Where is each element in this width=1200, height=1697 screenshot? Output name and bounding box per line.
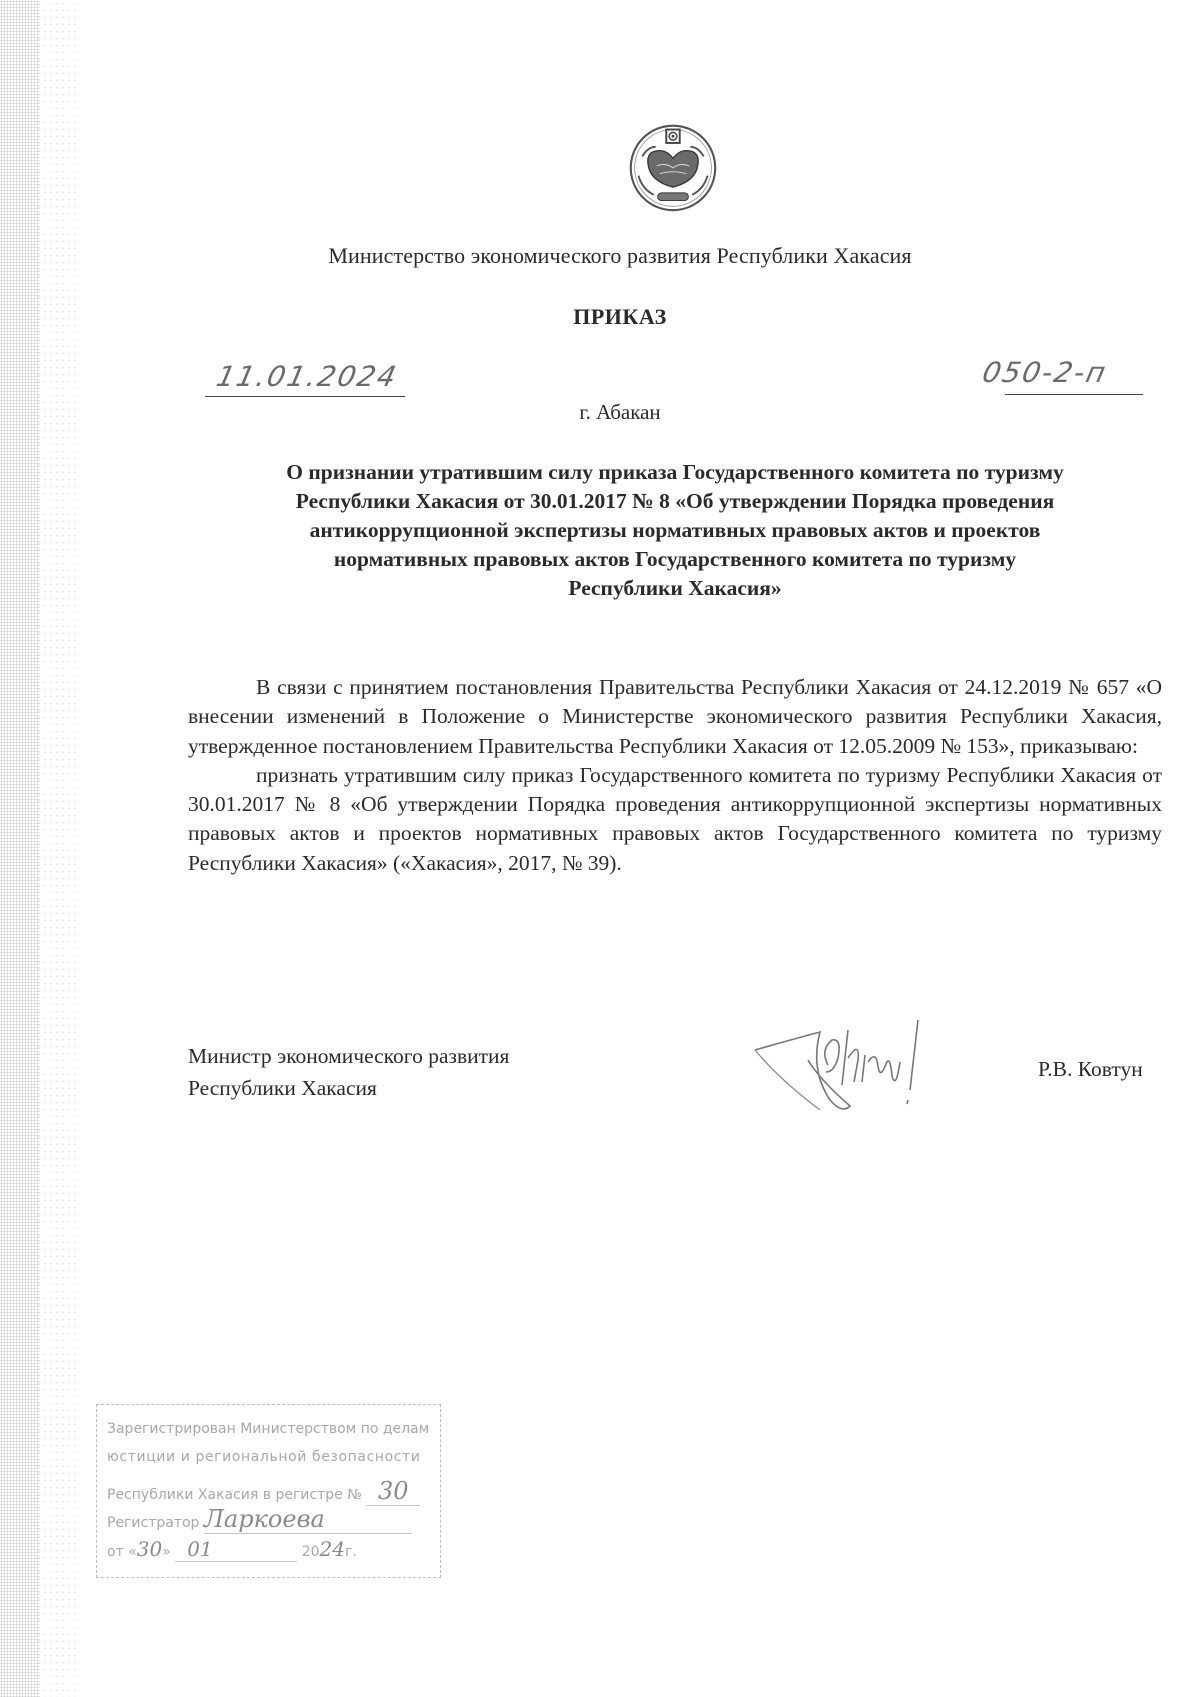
stamp-registrar-label: Регистратор <box>107 1515 199 1531</box>
signatory-position-line2: Республики Хакасия <box>188 1072 509 1104</box>
order-date-field: 11.01.2024 <box>205 362 405 397</box>
order-title: О признании утратившим силу приказа Госу… <box>180 458 1170 603</box>
stamp-date-day-suffix: » <box>162 1544 171 1560</box>
order-number-field: 050-2-п <box>1005 358 1143 395</box>
stamp-line2: юстиции и региональной безопасности <box>107 1449 421 1465</box>
signatory-position-line1: Министр экономического развития <box>188 1040 509 1072</box>
stamp-date-prefix: от « <box>107 1544 137 1560</box>
stamp-registrar-row: Регистратор Ларкоева <box>107 1505 412 1534</box>
title-line: Республики Хакасия» <box>180 574 1170 603</box>
order-number-handwritten: 050-2-п <box>979 356 1110 389</box>
order-date-handwritten: 11.01.2024 <box>213 360 400 393</box>
city-of-issue: г. Абакан <box>0 400 1200 425</box>
title-line: нормативных правовых актов Государственн… <box>180 545 1170 574</box>
title-line: антикоррупционной экспертизы нормативных… <box>180 516 1170 545</box>
registration-stamp: Зарегистрирован Министерством по делам ю… <box>96 1404 441 1578</box>
stamp-date-row: от «30» 01 2024г. <box>107 1537 357 1562</box>
stamp-register-row: Республики Хакасия в регистре № 30 <box>107 1477 420 1506</box>
stamp-register-number: 30 <box>366 1477 420 1506</box>
stamp-date-day: 30 <box>137 1537 162 1561</box>
stamp-register-label: Республики Хакасия в регистре № <box>107 1487 362 1503</box>
handwritten-signature-icon <box>750 1010 930 1120</box>
operative-paragraph: признать утратившим силу приказ Государс… <box>188 761 1162 878</box>
signatory-position: Министр экономического развития Республи… <box>188 1040 509 1104</box>
stamp-date-suffix: г. <box>345 1544 357 1560</box>
ministry-name: Министерство экономического развития Рес… <box>0 243 1200 269</box>
order-body: В связи с принятием постановления Правит… <box>188 673 1162 878</box>
stamp-registrar-signature: Ларкоева <box>204 1505 412 1534</box>
stamp-line1: Зарегистрирован Министерством по делам <box>107 1421 429 1437</box>
preamble-paragraph: В связи с принятием постановления Правит… <box>188 673 1162 761</box>
title-line: О признании утратившим силу приказа Госу… <box>180 458 1170 487</box>
coat-of-arms-icon <box>625 118 721 214</box>
document-type-heading: ПРИКАЗ <box>0 304 1200 330</box>
stamp-date-month: 01 <box>175 1537 297 1562</box>
signatory-name: Р.В. Ковтун <box>1038 1057 1143 1082</box>
stamp-date-year: 24 <box>320 1537 345 1561</box>
title-line: Республики Хакасия от 30.01.2017 № 8 «Об… <box>180 487 1170 516</box>
stamp-date-year-prefix: 20 <box>302 1544 320 1560</box>
